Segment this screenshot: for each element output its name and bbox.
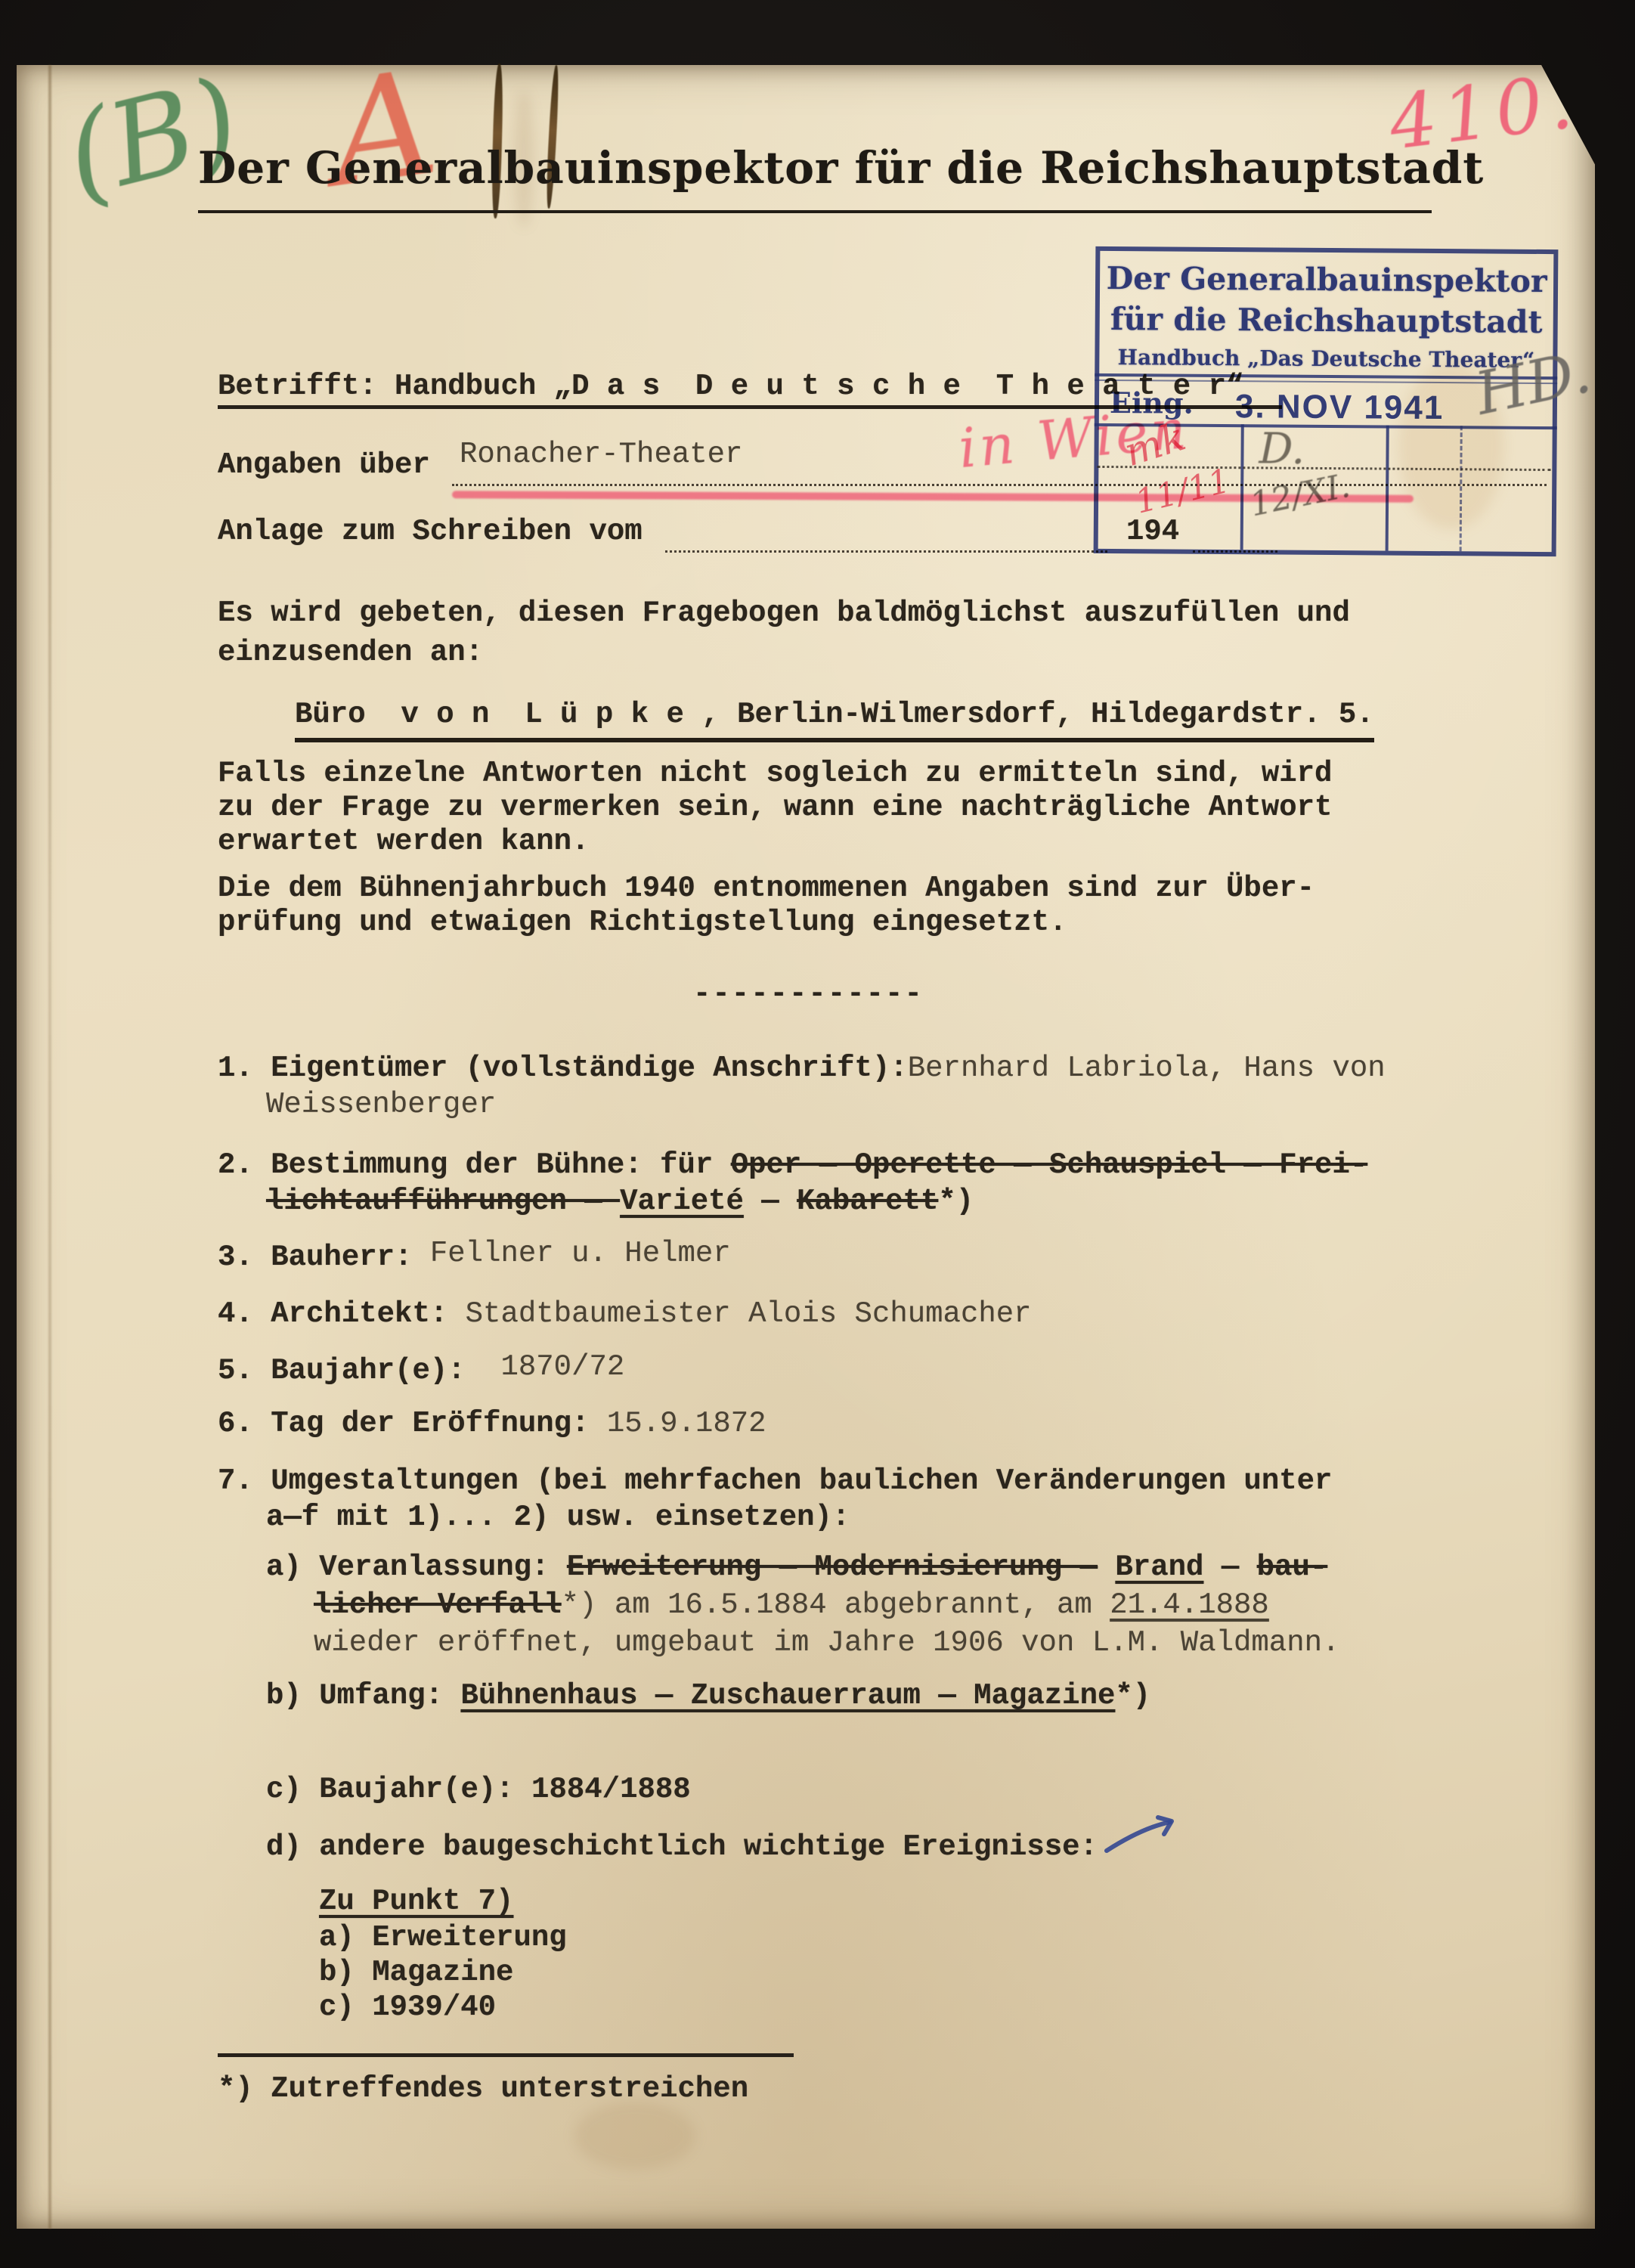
paper-stain [574, 2102, 695, 2170]
intro-line: zu der Frage zu vermerken sein, wann ein… [218, 790, 1332, 825]
intro-line: erwartet werden kann. [218, 824, 589, 859]
item-6-answer: 15.9.1872 [607, 1407, 766, 1440]
item-7b-label: b) Umfang: [266, 1679, 460, 1712]
stamp-grid-divider-dashed [1460, 426, 1463, 551]
scanned-document-page: { "colors":{ "paper":"#e9dcbe","backgrou… [0, 0, 1635, 2268]
ink-arrow-icon [1102, 1811, 1185, 1860]
letterhead-rule [198, 210, 1432, 213]
footnote-ref: *) [1115, 1679, 1150, 1712]
dash: — [1203, 1551, 1256, 1584]
item-7a-line1: a) Veranlassung: Erweiterung — Modernisi… [266, 1550, 1327, 1585]
dash-separator: ------------ [693, 977, 924, 1012]
underlined-option-brand: Brand [1115, 1551, 1203, 1584]
buero-address-underlined: Büro v o n L ü p k e , Berlin-Wilmersdor… [295, 697, 1374, 742]
anlage-dotted-line [665, 550, 1107, 553]
struck-option-oper: Oper — Operette — Schauspiel — Frei- [731, 1148, 1368, 1182]
intro-line: einzusenden an: [218, 635, 483, 670]
stamp-grid-divider [1386, 426, 1389, 551]
stamp-title-line1: Der Generalbauinspektor [1100, 260, 1553, 299]
item-7a-line2: licher Verfall*) am 16.5.1884 abgebrannt… [314, 1588, 1269, 1622]
item-7d-line: d) andere baugeschichtlich wichtige Erei… [266, 1830, 1098, 1864]
footnote-text: *) Zutreffendes unterstreichen [218, 2071, 748, 2106]
item-7a-label: a) Veranlassung: [266, 1551, 567, 1584]
item-5-label: 5. Baujahr(e): [218, 1354, 466, 1387]
zu-punkt-heading: Zu Punkt 7) [319, 1884, 513, 1919]
item-1-answer-cont: Weissenberger [266, 1087, 496, 1122]
item-2-line2: lichtaufführungen — Varieté — Kabarett*) [266, 1184, 974, 1219]
struck-option-erweiterung: Erweiterung — Modernisierung — [567, 1551, 1098, 1584]
struck-option-kabarett: Kabarett [797, 1185, 938, 1218]
space [1098, 1551, 1115, 1584]
item-1-answer: Bernhard Labriola, Hans von [908, 1052, 1386, 1085]
item-7-line1: 7. Umgestaltungen (bei mehrfachen baulic… [218, 1464, 1332, 1498]
item-7a-line3: wieder eröffnet, umgebaut im Jahre 1906 … [314, 1625, 1339, 1660]
item-2-line1: 2. Bestimmung der Bühne: für Oper — Oper… [218, 1148, 1367, 1182]
underlined-option-variete: Varieté [620, 1185, 744, 1218]
betrifft-line: Betrifft: Handbuch „D a s D e u t s c h … [218, 369, 1243, 404]
intro-line: Falls einzelne Antworten nicht sogleich … [218, 756, 1332, 791]
stamp-eing-label: Eing. [1110, 386, 1194, 420]
struck-option-verfall: licher Verfall [314, 1588, 562, 1622]
zu-punkt-item-c: c) 1939/40 [319, 1990, 496, 2025]
intro-line: prüfung und etwaigen Richtigstellung ein… [218, 905, 1067, 940]
footnote-ref: *) [938, 1185, 974, 1218]
item-7b-line: b) Umfang: Bühnenhaus — Zuschauerraum — … [266, 1678, 1150, 1713]
stamp-pencil-initial: D. [1259, 424, 1305, 473]
item-2-label: 2. Bestimmung der Bühne: für [218, 1148, 731, 1182]
item-6-line: 6. Tag der Eröffnung: 15.9.1872 [218, 1406, 766, 1441]
intro-line: Es wird gebeten, diesen Fragebogen baldm… [218, 596, 1350, 631]
item-5-answer: 1870/72 [500, 1350, 624, 1383]
stamp-title-line2: für die Reichshauptstadt [1100, 301, 1553, 340]
item-1-line: 1. Eigentümer (vollständige Anschrift):B… [218, 1051, 1386, 1086]
angaben-label: Angaben über [218, 448, 430, 482]
underlined-option-buehnenhaus: Bühnenhaus — Zuschauerraum — Magazine [460, 1679, 1115, 1712]
item-7c-line: c) Baujahr(e): 1884/1888 [266, 1772, 691, 1807]
item-4-line: 4. Architekt: Stadtbaumeister Alois Schu… [218, 1297, 1032, 1331]
struck-option-bau: bau- [1257, 1551, 1328, 1584]
dash: — [744, 1185, 797, 1218]
item-3-line: 3. Bauherr: Fellner u. Helmer [218, 1240, 731, 1275]
zu-punkt-item-b: b) Magazine [319, 1955, 513, 1990]
binding-crease [48, 65, 51, 2229]
item-3-label: 3. Bauherr: [218, 1241, 412, 1274]
angaben-value: Ronacher-Theater [460, 437, 742, 472]
item-3-answer: Fellner u. Helmer [430, 1237, 731, 1270]
item-6-label: 6. Tag der Eröffnung: [218, 1407, 589, 1440]
stamp-pencil-date: 12/XI. [1246, 466, 1353, 525]
item-1-label: 1. Eigentümer (vollständige Anschrift): [218, 1052, 908, 1085]
stamp-date: 3. NOV 1941 [1235, 388, 1445, 427]
letterhead-title: Der Generalbauinspektor für die Reichsha… [198, 142, 1432, 194]
intro-line: Die dem Bühnenjahrbuch 1940 entnommenen … [218, 871, 1315, 906]
zu-punkt-text: Zu Punkt 7) [319, 1885, 513, 1918]
item-5-line: 5. Baujahr(e): 1870/72 [218, 1353, 624, 1388]
anlage-label: Anlage zum Schreiben vom [218, 514, 643, 549]
item-4-label: 4. Architekt: [218, 1297, 447, 1331]
footnote-rule [218, 2053, 794, 2057]
zu-punkt-item-a: a) Erweiterung [319, 1920, 567, 1955]
item-4-answer: Stadtbaumeister Alois Schumacher [466, 1297, 1032, 1331]
item-7-line2: a—f mit 1)... 2) usw. einsetzen): [266, 1500, 850, 1535]
underlined-date: 21.4.1888 [1110, 1588, 1269, 1622]
item-7a-answer: *) am 16.5.1884 abgebrannt, am [562, 1588, 1110, 1622]
struck-option-freilicht: lichtaufführungen — [266, 1185, 620, 1218]
stamp-grid-divider [1240, 424, 1244, 550]
